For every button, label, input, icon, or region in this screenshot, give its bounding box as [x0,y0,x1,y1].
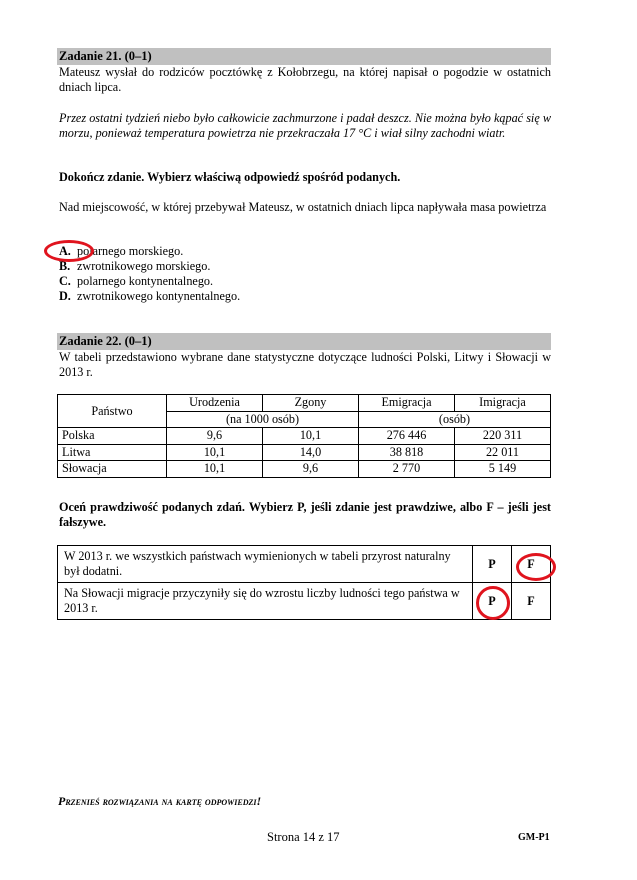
option-letter: C. [59,274,77,289]
column-header: Zgony [263,395,359,412]
option-letter: D. [59,289,77,304]
column-header: Urodzenia [167,395,263,412]
statement-row: W 2013 r. we wszystkich państwach wymien… [58,546,551,583]
task-21-postcard-text: Przez ostatni tydzień niebo było całkowi… [59,111,551,141]
table-row: Polska 9,6 10,1 276 446 220 311 [58,428,551,445]
task-21-instruction: Dokończ zdanie. Wybierz właściwą odpowie… [59,170,551,185]
cell: 14,0 [263,444,359,461]
cell: 22 011 [455,444,551,461]
option-text: polarnego kontynentalnego. [77,274,213,288]
unit-label: (na 1000 osób) [167,411,359,428]
unit-label: (osób) [359,411,551,428]
option-b[interactable]: B.zwrotnikowego morskiego. [59,259,210,274]
task-21-intro: Mateusz wysłał do rodziców pocztówkę z K… [59,65,551,95]
column-header: Państwo [58,395,167,428]
page-number: Strona 14 z 17 [267,830,340,845]
cell: 10,1 [167,444,263,461]
cell: 220 311 [455,428,551,445]
false-option[interactable]: F [512,583,551,620]
cell: 10,1 [263,428,359,445]
cell: Słowacja [58,461,167,478]
option-d[interactable]: D.zwrotnikowego kontynentalnego. [59,289,240,304]
task-21-header: Zadanie 21. (0–1) [57,48,551,65]
answer-mark-circle [476,586,510,620]
answer-mark-circle [44,240,94,262]
option-text: zwrotnikowego morskiego. [77,259,210,273]
table-row: Litwa 10,1 14,0 38 818 22 011 [58,444,551,461]
cell: Polska [58,428,167,445]
cell: 9,6 [167,428,263,445]
statement-text: Na Słowacji migracje przyczyniły się do … [58,583,473,620]
task-21-stem: Nad miejscowość, w której przebywał Mate… [59,200,551,215]
option-text: zwrotnikowego kontynentalnego. [77,289,240,303]
cell: 9,6 [263,461,359,478]
statement-text: W 2013 r. we wszystkich państwach wymien… [58,546,473,583]
cell: Litwa [58,444,167,461]
task-22-header: Zadanie 22. (0–1) [57,333,551,350]
answer-mark-circle [516,553,556,581]
cell: 2 770 [359,461,455,478]
cell: 38 818 [359,444,455,461]
task-22-intro: W tabeli przedstawiono wybrane dane stat… [59,350,551,380]
statistics-table: Państwo Urodzenia Zgony Emigracja Imigra… [57,394,551,478]
transfer-note: Przenieś rozwiązania na kartę odpowiedzi… [58,794,261,809]
cell: 5 149 [455,461,551,478]
cell: 10,1 [167,461,263,478]
true-option[interactable]: P [473,546,512,583]
column-header: Imigracja [455,395,551,412]
exam-code: GM-P1 [518,832,550,843]
column-header: Emigracja [359,395,455,412]
table-row: Słowacja 10,1 9,6 2 770 5 149 [58,461,551,478]
option-c[interactable]: C.polarnego kontynentalnego. [59,274,213,289]
task-22-instruction: Oceń prawdziwość podanych zdań. Wybierz … [59,500,551,530]
cell: 276 446 [359,428,455,445]
